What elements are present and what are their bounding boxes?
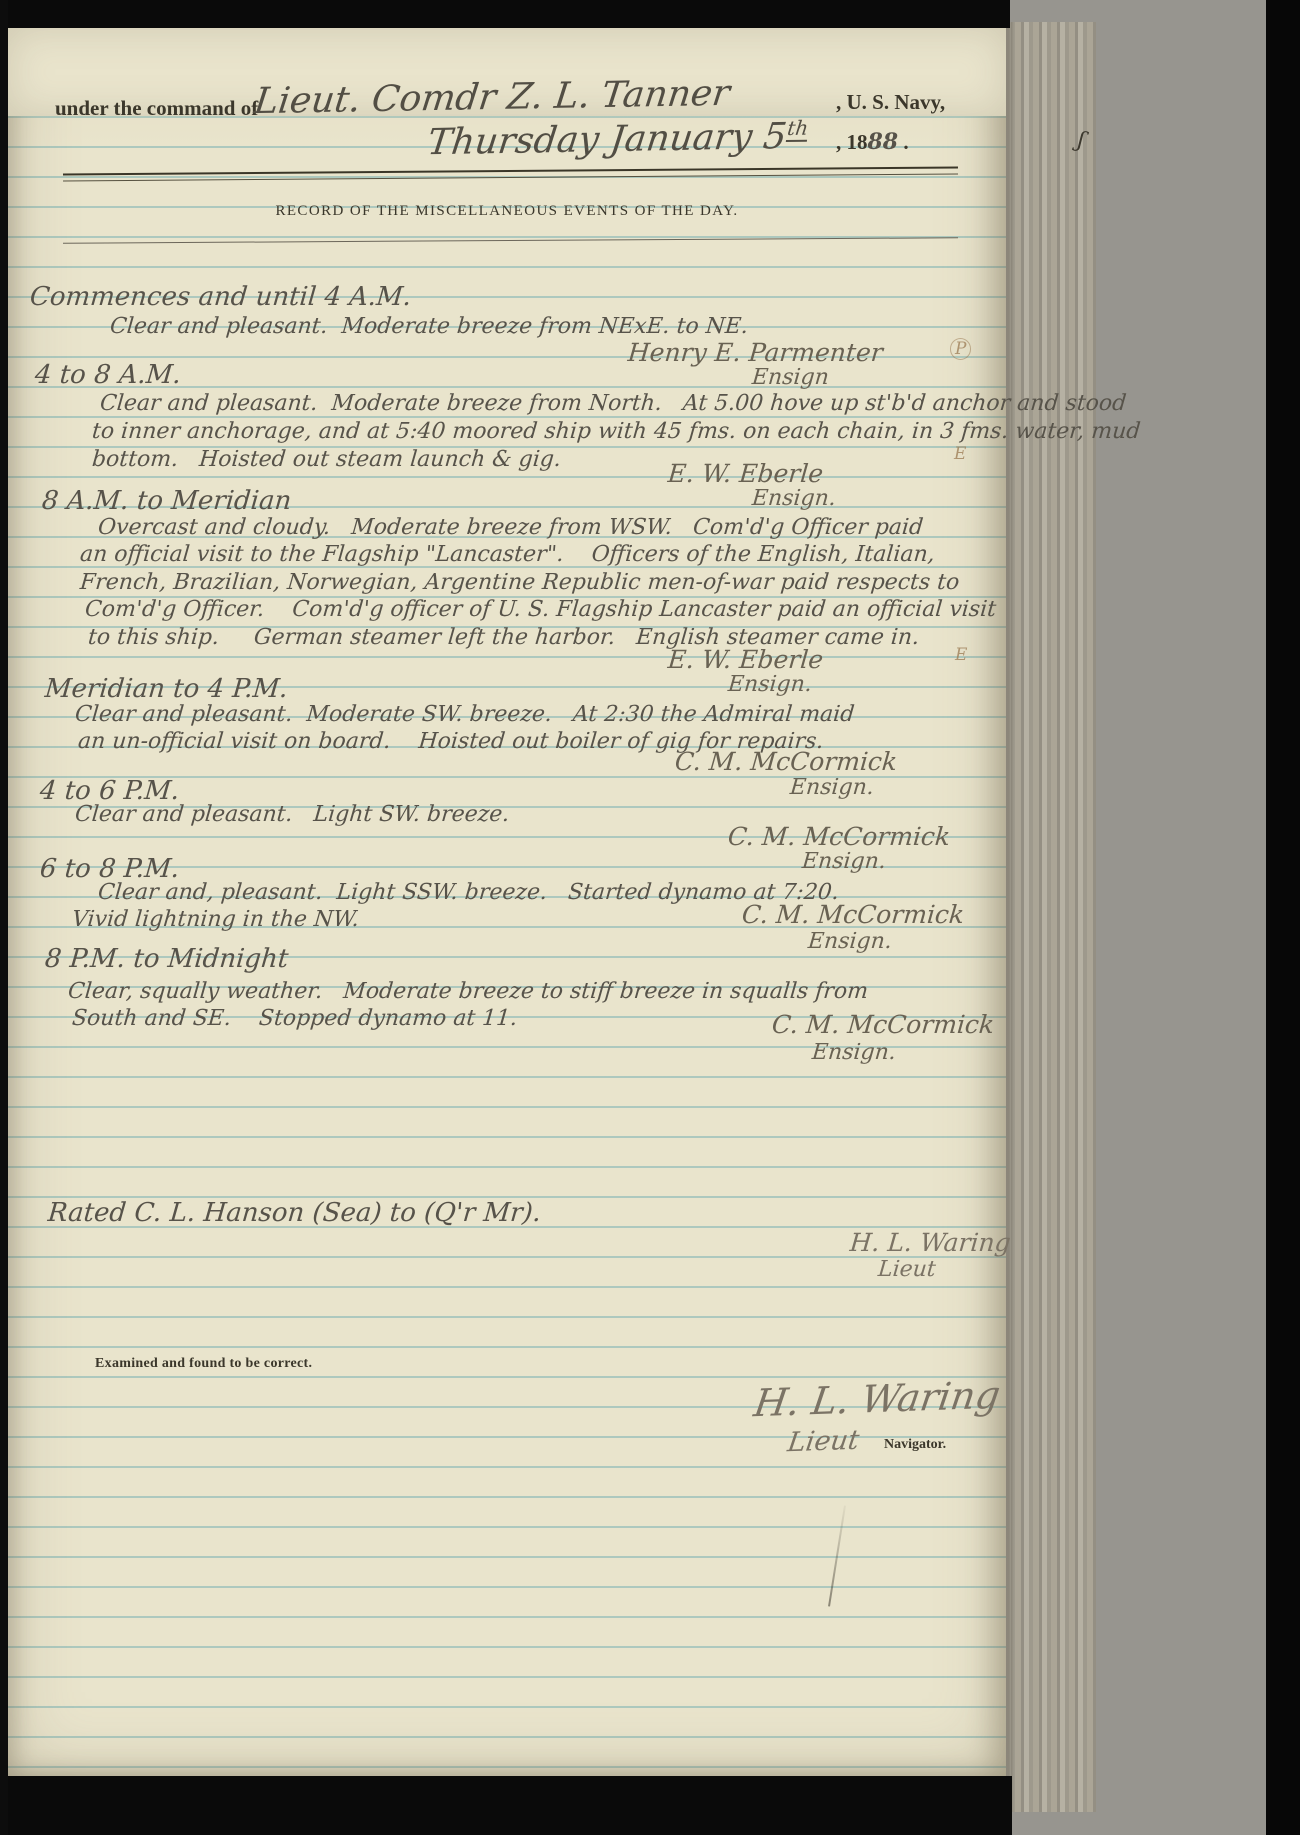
officer-rank: Ensign. [751, 488, 837, 510]
entry-line: Vivid lightning in the NW. [71, 909, 360, 931]
entry-line: Clear and pleasant. Moderate SW. breeze.… [74, 704, 855, 726]
entry-heading: 6 to 8 P.M. [39, 856, 181, 882]
navigator-signature: H. L. Waring [752, 1376, 1003, 1423]
year-handwritten: 88 [868, 129, 899, 155]
officer-signature: C. M. McCormick [674, 749, 898, 774]
officer-rank: Ensign. [727, 674, 813, 696]
officer-signature: H. L. Waring [849, 1230, 1012, 1255]
examined-statement: Examined and found to be correct. [95, 1356, 312, 1372]
date-handwritten: Thursday January 5th [425, 119, 809, 162]
entry-line: Overcast and cloudy. Moderate breeze fro… [97, 517, 924, 539]
officer-signature: C. M. McCormick [741, 902, 965, 927]
officer-signature: C. M. McCormick [771, 1012, 995, 1037]
date-text: Thursday January 5 [425, 116, 789, 163]
navigator-rank: Lieut [786, 1427, 861, 1456]
year-suffix: . [898, 130, 909, 154]
printed-command-prefix: under the command of [55, 96, 258, 121]
entry-line: Clear and pleasant. Light SW. breeze. [74, 804, 510, 826]
entry-heading: 8 P.M. to Midnight [44, 946, 290, 972]
rated-note: Rated C. L. Hanson (Sea) to (Q'r Mr). [47, 1200, 542, 1226]
entry-heading: 8 A.M. to Meridian [41, 488, 293, 514]
margin-initial: E [955, 645, 967, 665]
entry-line: Com'd'g Officer. Com'd'g officer of U. S… [84, 599, 997, 621]
book-fore-edge [1006, 22, 1096, 1812]
date-ordinal: th [786, 117, 810, 142]
entry-line: bottom. Hoisted out steam launch & gig. [91, 449, 562, 471]
officer-rank: Ensign. [811, 1042, 897, 1064]
scan-border-bottom [0, 1776, 1012, 1835]
scan-border-right [1266, 0, 1300, 1835]
entry-line: Clear and pleasant. Moderate breeze from… [99, 393, 1127, 415]
entry-heading: Commences and until 4 A.M. [29, 284, 413, 310]
section-title: RECORD OF THE MISCELLANEOUS EVENTS OF TH… [8, 203, 1006, 220]
officer-signature: E. W. Eberle [667, 647, 824, 672]
entry-line: to inner anchorage, and at 5:40 moored s… [91, 421, 1141, 443]
entry-heading: 4 to 6 P.M. [39, 778, 181, 804]
entry-line: Clear and pleasant. Moderate breeze from… [109, 316, 749, 338]
officer-signature: C. M. McCormick [727, 824, 951, 849]
printed-year: , 1888 . [836, 130, 909, 155]
officer-rank: Ensign. [789, 777, 875, 799]
entry-heading: Meridian to 4 P.M. [44, 676, 289, 702]
officer-rank: Ensign [751, 367, 830, 389]
entry-heading: 4 to 8 A.M. [34, 362, 182, 388]
entry-line: Clear, squally weather. Moderate breeze … [67, 981, 869, 1003]
logbook-scan: under the command of Lieut. Comdr Z. L. … [0, 0, 1300, 1835]
entry-line: French, Brazilian, Norwegian, Argentine … [79, 572, 960, 594]
margin-initial: E [954, 444, 966, 464]
officer-rank: Ensign. [801, 851, 887, 873]
scan-border-left [0, 0, 8, 1835]
officer-signature: E. W. Eberle [667, 461, 824, 486]
commander-name-handwritten: Lieut. Comdr Z. L. Tanner [252, 76, 731, 120]
entry-line: Clear and, pleasant. Light SSW. breeze. … [97, 882, 840, 904]
officer-rank: Ensign. [807, 931, 893, 953]
entry-line: an official visit to the Flagship "Lanca… [79, 544, 936, 566]
printed-navy-label: , U. S. Navy, [836, 90, 945, 115]
officer-rank: Lieut [877, 1259, 937, 1281]
officer-signature: Henry E. Parmenter [627, 340, 884, 365]
scan-border-top [0, 0, 1010, 28]
year-prefix: , 18 [836, 130, 868, 154]
printed-navigator-label: Navigator. [884, 1437, 946, 1453]
entry-line: South and SE. Stopped dynamo at 11. [71, 1008, 518, 1030]
